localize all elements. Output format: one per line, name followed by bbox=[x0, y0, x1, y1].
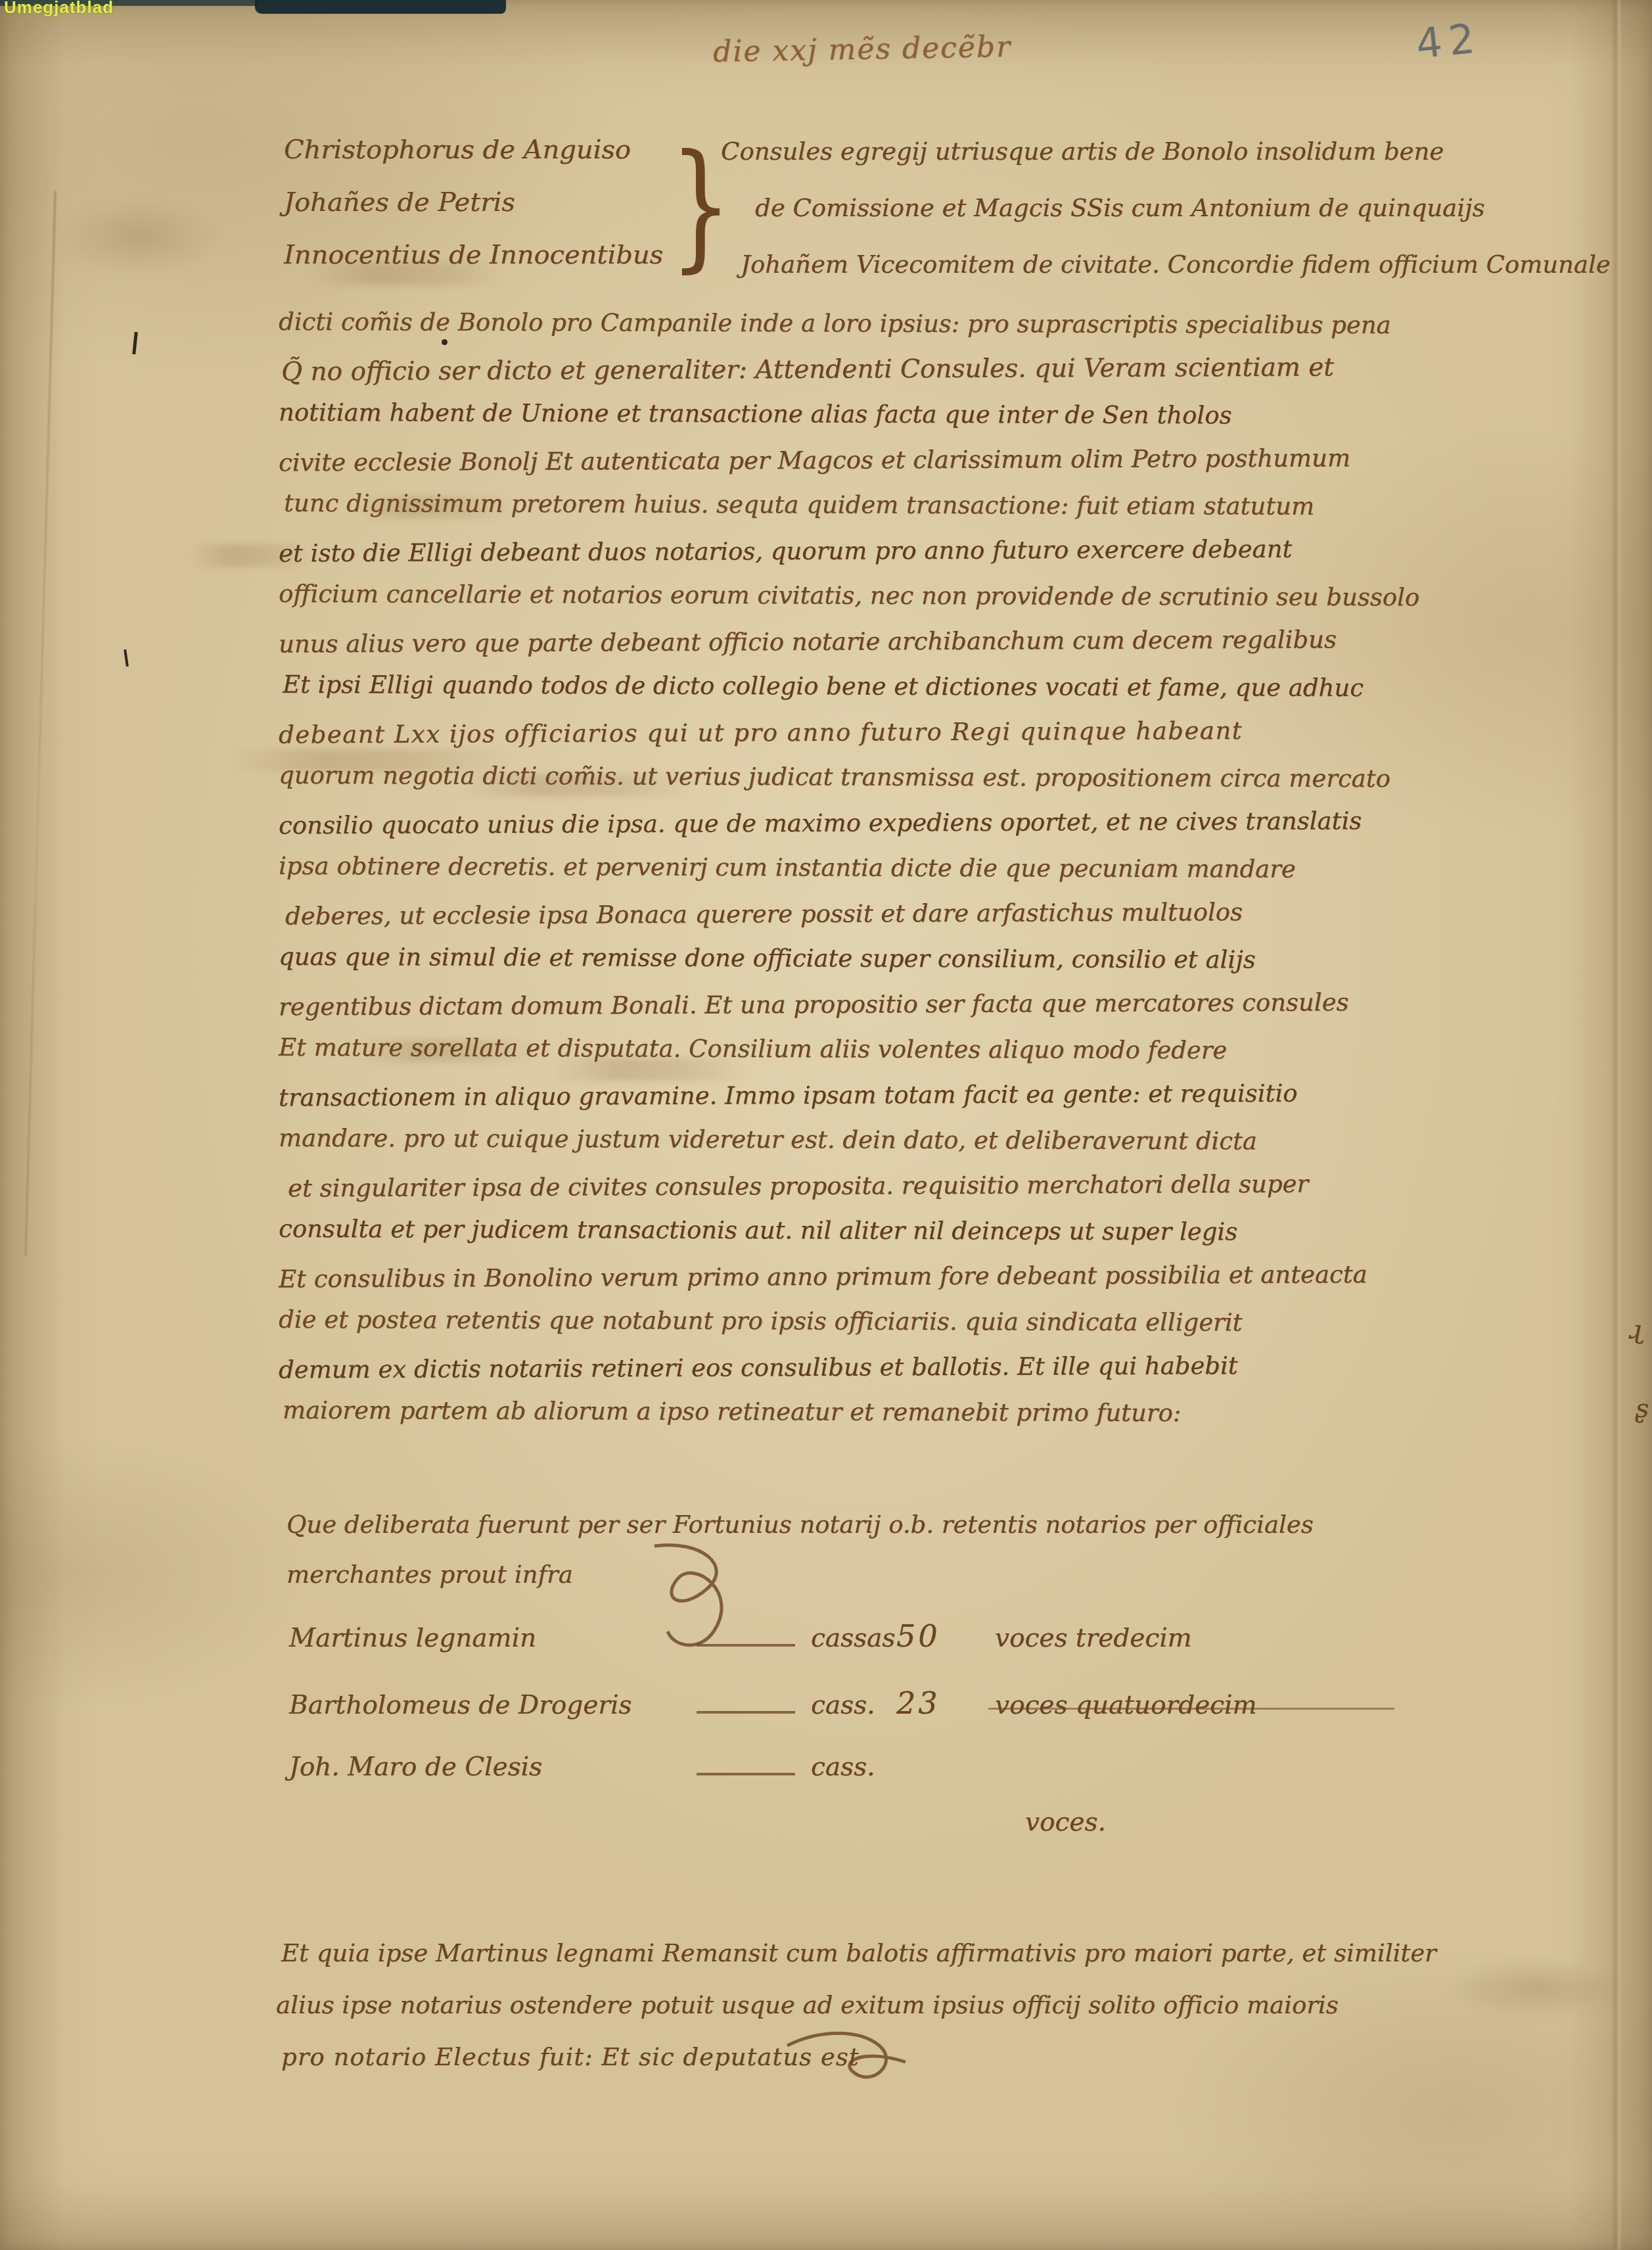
body-line: dicti com̃is de Bonolo pro Campanile ind… bbox=[279, 299, 1599, 348]
body-line: die et postea retentis que notabunt pro … bbox=[279, 1297, 1599, 1346]
party-name: Johañes de Petris bbox=[284, 176, 663, 229]
tally-row: Bartholomeus de Drogeris cass. 23 voces … bbox=[289, 1685, 1419, 1752]
party-names: Christophorus de Anguiso Johañes de Petr… bbox=[284, 124, 663, 293]
grouping-brace: } bbox=[670, 124, 702, 293]
tally-unit: cass. bbox=[811, 1691, 896, 1720]
tally-count: 50 bbox=[896, 1618, 995, 1654]
paper-crease bbox=[24, 191, 56, 1255]
tally-unit: cassas bbox=[811, 1624, 896, 1653]
body-line: deberes, ut ecclesie ipsa Bonaca querere… bbox=[285, 888, 1599, 939]
tally-count: 23 bbox=[896, 1685, 995, 1721]
body-line: quas que in simul die et remisse done of… bbox=[279, 934, 1599, 983]
body-line: consilio quocato unius die ipsa. que de … bbox=[279, 797, 1599, 849]
body-line: et isto die Elligi debeant duos notarios… bbox=[279, 525, 1599, 576]
closing-block: Que deliberata fuerunt per ser Fortunius… bbox=[287, 1500, 1314, 1600]
pen-flourish-icon bbox=[781, 2026, 925, 2105]
folio-number: 42 bbox=[1413, 14, 1483, 68]
closing-line: merchantes prout infra bbox=[287, 1550, 1314, 1600]
ink-speck bbox=[124, 649, 129, 667]
tally-votes-pending: voces. bbox=[289, 1808, 1419, 1837]
body-line: officium cancellarie et notarios eorum c… bbox=[279, 571, 1599, 621]
body-text: dicti com̃is de Bonolo pro Campanile ind… bbox=[279, 301, 1599, 1435]
body-line: debeant Lxx ijos officiarios qui ut pro … bbox=[279, 707, 1599, 758]
tally-unit: cass. bbox=[811, 1752, 896, 1782]
date-heading: die xxj mẽs decẽbr bbox=[713, 30, 1012, 69]
commission-block: Consules egregij utriusque artis de Bono… bbox=[709, 124, 1611, 293]
body-line: et singulariter ipsa de civites consules… bbox=[288, 1160, 1599, 1211]
page-right-edge bbox=[1611, 0, 1620, 2250]
leader-dash bbox=[697, 1697, 795, 1714]
commission-line: de Comissione et Magcis SSis cum Antoniu… bbox=[721, 180, 1611, 237]
tally-row: Martinus legnamin cassas 50 voces tredec… bbox=[289, 1618, 1419, 1685]
paper-stain bbox=[53, 197, 223, 276]
tally-name: Martinus legnamin bbox=[289, 1624, 697, 1653]
margin-mark: ɻ bbox=[1628, 1315, 1643, 1345]
body-line: maiorem partem ab aliorum a ipso retinea… bbox=[283, 1388, 1599, 1437]
body-line: unus alius vero que parte debeant offici… bbox=[279, 616, 1599, 667]
leader-dash bbox=[697, 1629, 795, 1647]
tally-votes: voces tredecim bbox=[995, 1624, 1192, 1653]
body-line: notitiam habent de Unione et transaction… bbox=[279, 390, 1599, 439]
body-line: tunc dignissimum pretorem huius. sequta … bbox=[284, 480, 1599, 530]
final-line: alius ipse notarius ostendere potuit usq… bbox=[276, 1979, 1436, 2031]
tally-votes: voces quatuordecim bbox=[995, 1691, 1256, 1720]
leader-dash bbox=[697, 1758, 795, 1775]
body-line: civite ecclesie Bonolj Et autenticata pe… bbox=[279, 434, 1599, 486]
body-line: demum ex dictis notariis retineri eos co… bbox=[279, 1342, 1599, 1393]
margin-mark: ʂ bbox=[1635, 1394, 1649, 1424]
intro-block: Christophorus de Anguiso Johañes de Petr… bbox=[284, 124, 1582, 293]
final-block: Et quia ipse Martinus legnami Remansit c… bbox=[281, 1927, 1436, 2083]
scan-edge-strip-center bbox=[255, 0, 506, 14]
body-line: Et mature sorellata et disputata. Consil… bbox=[279, 1025, 1599, 1074]
watermark-label: Umegjatblad bbox=[4, 0, 114, 18]
vote-tally: Martinus legnamin cassas 50 voces tredec… bbox=[289, 1618, 1419, 1837]
body-line: consulta et per judicem transactionis au… bbox=[279, 1206, 1599, 1255]
body-line: Et ipsi Elligi quando todos de dicto col… bbox=[283, 662, 1599, 711]
tally-name: Joh. Maro de Clesis bbox=[289, 1752, 697, 1782]
body-line: regentibus dictam domum Bonali. Et una p… bbox=[279, 979, 1599, 1030]
body-line: quorum negotia dicti com̃is. ut verius j… bbox=[279, 753, 1599, 802]
commission-line: Consules egregij utriusque artis de Bono… bbox=[721, 124, 1611, 180]
body-line: mandare. pro ut cuique justum videretur … bbox=[279, 1115, 1599, 1165]
body-line: Q̃ no officio ser dicto et generaliter: … bbox=[281, 344, 1599, 395]
tally-name: Bartholomeus de Drogeris bbox=[289, 1691, 697, 1720]
party-name: Christophorus de Anguiso bbox=[284, 124, 663, 176]
final-line: Et quia ipse Martinus legnami Remansit c… bbox=[281, 1927, 1436, 1979]
closing-line: Que deliberata fuerunt per ser Fortunius… bbox=[287, 1500, 1314, 1550]
paper-stain bbox=[1446, 1959, 1630, 2018]
party-name: Innocentius de Innocentibus bbox=[284, 229, 663, 281]
manuscript-page: Umegjatblad 42 die xxj mẽs decẽbr Christ… bbox=[0, 0, 1652, 2250]
body-line: ipsa obtinere decretis. et pervenirj cum… bbox=[279, 843, 1599, 893]
commission-line: Johañem Vicecomitem de civitate. Concord… bbox=[721, 237, 1611, 293]
ink-speck bbox=[132, 332, 138, 354]
body-line: Et consulibus in Bonolino verum primo an… bbox=[279, 1251, 1599, 1302]
body-line: transactionem in aliquo gravamine. Immo … bbox=[279, 1069, 1599, 1121]
